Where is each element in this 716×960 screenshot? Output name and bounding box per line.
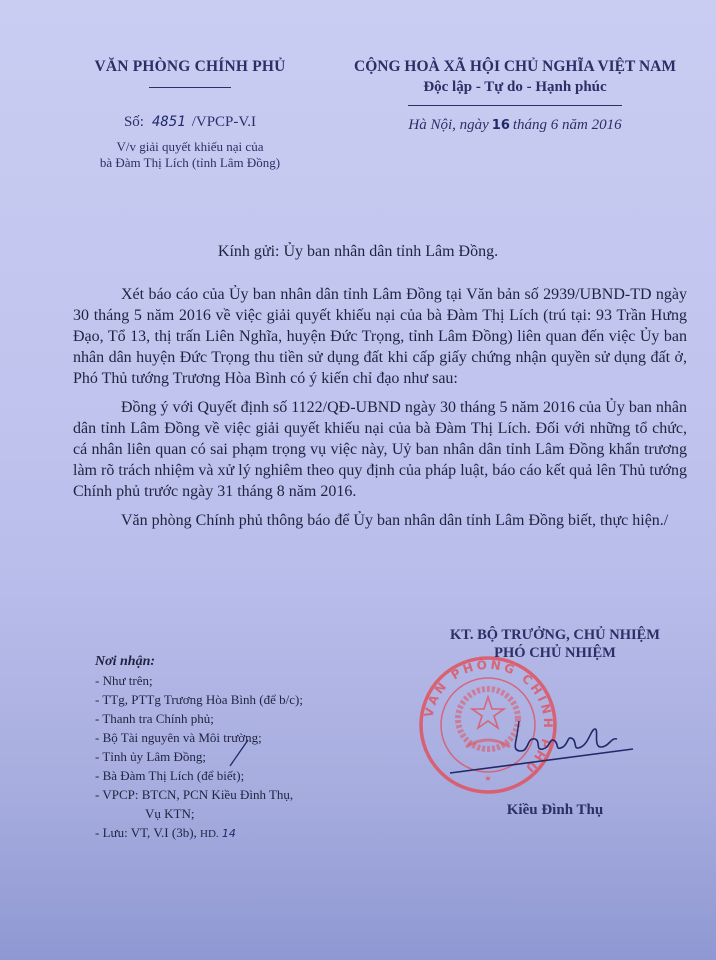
archive-hd: HD. bbox=[200, 828, 219, 840]
number-prefix: Số: bbox=[124, 114, 144, 130]
recipient-item: - Thanh tra Chính phủ; bbox=[95, 709, 395, 728]
handwritten-number: 4851 bbox=[152, 114, 186, 130]
number-suffix: /VPCP-V.I bbox=[192, 114, 256, 130]
recipient-item: - Bà Đàm Thị Lích (để biết); bbox=[95, 766, 395, 785]
greeting: Kính gửi: Ủy ban nhân dân tỉnh Lâm Đồng. bbox=[0, 243, 716, 261]
national-header: CỘNG HOÀ XÃ HỘI CHỦ NGHĨA VIỆT NAM Độc l… bbox=[325, 58, 705, 134]
signature-block: KT. BỘ TRƯỞNG, CHỦ NHIỆM PHÓ CHỦ NHIỆM K… bbox=[405, 627, 705, 827]
issuer-header: VĂN PHÒNG CHÍNH PHỦ Số:4851/VPCP-V.I V/v… bbox=[40, 58, 340, 171]
body-paragraph: Xét báo cáo của Ủy ban nhân dân tỉnh Lâm… bbox=[73, 284, 687, 389]
signer-subrole: PHÓ CHỦ NHIỆM bbox=[405, 645, 705, 662]
recipient-item: - VPCP: BTCN, PCN Kiều Đình Thụ, bbox=[95, 785, 395, 804]
signer-name: Kiều Đình Thụ bbox=[405, 802, 705, 819]
recipient-item: - Như trên; bbox=[95, 671, 395, 690]
nation-title: CỘNG HOÀ XÃ HỘI CHỦ NGHĨA VIỆT NAM bbox=[325, 58, 705, 76]
checkmark-icon bbox=[228, 738, 250, 768]
national-motto: Độc lập - Tự do - Hạnh phúc bbox=[325, 79, 705, 96]
subject-line-2: bà Đàm Thị Lích (tỉnh Lâm Đồng) bbox=[40, 155, 340, 171]
document-number: Số:4851/VPCP-V.I bbox=[40, 114, 340, 131]
recipients-title: Nơi nhận: bbox=[95, 652, 395, 671]
subject-line: V/v giải quyết khiếu nại của bà Đàm Thị … bbox=[40, 139, 340, 171]
issuer-agency: VĂN PHÒNG CHÍNH PHỦ bbox=[40, 58, 340, 76]
motto-underline bbox=[408, 105, 622, 106]
place-prefix: Hà Nội, ngày bbox=[408, 117, 488, 133]
handwritten-signature-icon bbox=[405, 707, 705, 777]
recipient-item: - TTg, PTTg Trương Hòa Bình (để b/c); bbox=[95, 690, 395, 709]
recipient-continuation: Vụ KTN; bbox=[95, 804, 395, 823]
place-date: Hà Nội, ngày16tháng 6 năm 2016 bbox=[325, 117, 705, 134]
subject-line-1: V/v giải quyết khiếu nại của bbox=[40, 139, 340, 155]
recipient-archive: - Lưu: VT, V.I (3b), HD. 14 bbox=[95, 823, 395, 844]
signer-role: KT. BỘ TRƯỞNG, CHỦ NHIỆM bbox=[405, 627, 705, 644]
letter-body: Xét báo cáo của Ủy ban nhân dân tỉnh Lâm… bbox=[73, 284, 687, 539]
handwritten-day: 16 bbox=[492, 118, 510, 133]
body-paragraph: Đồng ý với Quyết định số 1122/QĐ-UBND ng… bbox=[73, 397, 687, 502]
issuer-underline bbox=[149, 87, 231, 88]
place-suffix: tháng 6 năm 2016 bbox=[513, 117, 622, 133]
handwritten-archive-number: 14 bbox=[222, 827, 236, 840]
body-paragraph: Văn phòng Chính phủ thông báo để Ủy ban … bbox=[73, 510, 687, 531]
archive-prefix: - Lưu: VT, V.I (3b), bbox=[95, 825, 197, 840]
